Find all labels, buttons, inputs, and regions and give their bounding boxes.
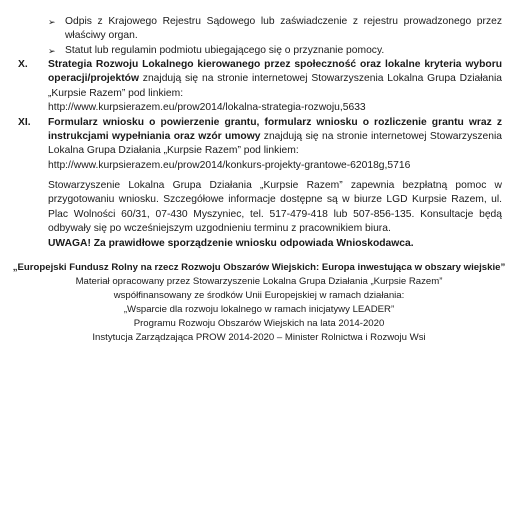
bullet-item: ➢ Odpis z Krajowego Rejestru Sądowego lu… xyxy=(48,15,502,44)
numbered-sections: X. Strategia Rozwoju Lokalnego kierowane… xyxy=(18,58,502,173)
footer-line: współfinansowany ze środków Unii Europej… xyxy=(0,289,518,303)
section-link[interactable]: http://www.kurpsierazem.eu/prow2014/loka… xyxy=(48,101,502,115)
bullet-item: ➢ Statut lub regulamin podmiotu ubiegają… xyxy=(48,44,502,58)
section-x: X. Strategia Rozwoju Lokalnego kierowane… xyxy=(18,58,502,116)
footer-line: Instytucja Zarządzająca PROW 2014-2020 –… xyxy=(0,331,518,345)
footer-line: Programu Rozwoju Obszarów Wiejskich na l… xyxy=(0,317,518,331)
footer-line: Materiał opracowany przez Stowarzyszenie… xyxy=(0,275,518,289)
warning-note: UWAGA! Za prawidłowe sporządzenie wniosk… xyxy=(48,237,502,251)
footer-slogan: „Europejski Fundusz Rolny na rzecz Rozwo… xyxy=(0,261,518,275)
bullet-text: Odpis z Krajowego Rejestru Sądowego lub … xyxy=(65,16,502,41)
arrow-bullet-icon: ➢ xyxy=(48,44,56,58)
section-text: Strategia Rozwoju Lokalnego kierowanego … xyxy=(48,58,502,101)
section-text: Formularz wniosku o powierzenie grantu, … xyxy=(48,116,502,159)
contact-paragraph: Stowarzyszenie Lokalna Grupa Działania „… xyxy=(48,179,502,237)
arrow-bullet-icon: ➢ xyxy=(48,15,56,29)
document-page: ➢ Odpis z Krajowego Rejestru Sądowego lu… xyxy=(0,0,518,523)
bullet-text: Statut lub regulamin podmiotu ubiegające… xyxy=(65,45,384,56)
section-xi: XI. Formularz wniosku o powierzenie gran… xyxy=(18,116,502,174)
contact-info: Stowarzyszenie Lokalna Grupa Działania „… xyxy=(48,179,502,251)
section-number: XI. xyxy=(18,116,31,130)
section-number: X. xyxy=(18,58,28,72)
attachment-bullet-list: ➢ Odpis z Krajowego Rejestru Sądowego lu… xyxy=(48,15,502,58)
funding-footer: „Europejski Fundusz Rolny na rzecz Rozwo… xyxy=(0,261,518,346)
section-link[interactable]: http://www.kurpsierazem.eu/prow2014/konk… xyxy=(48,159,502,173)
footer-line: „Wsparcie dla rozwoju lokalnego w ramach… xyxy=(0,303,518,317)
